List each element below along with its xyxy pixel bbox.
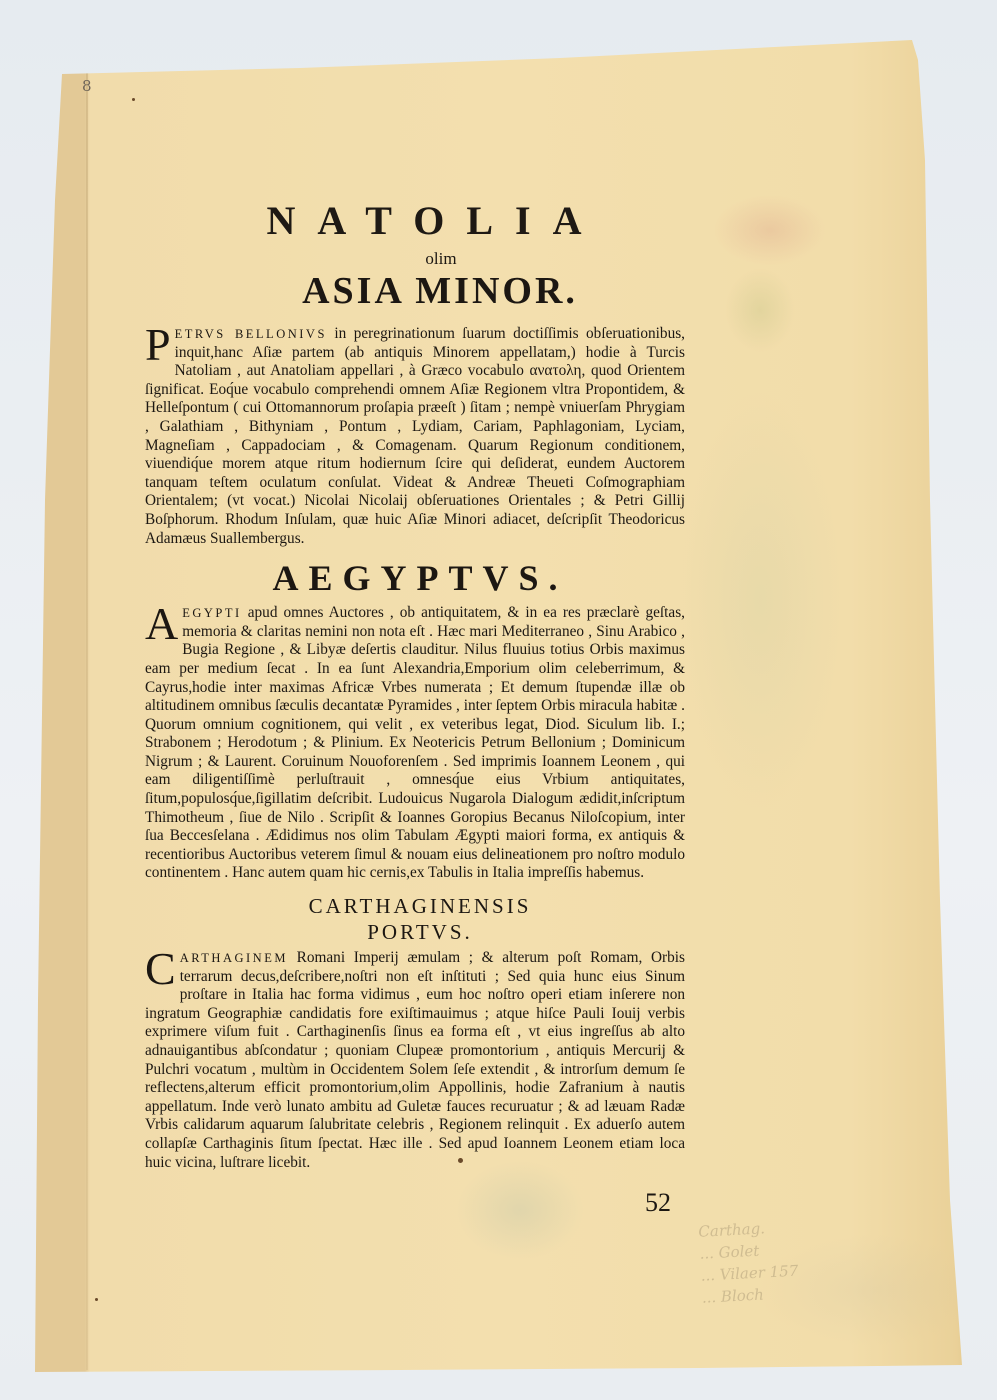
- paragraph-text: apud omnes Auctores , ob antiquitatem, &…: [145, 604, 685, 881]
- gutter-fold-line: [86, 70, 88, 1370]
- title-carthaginensis: CARTHAGINENSIS: [155, 893, 685, 919]
- paragraph-carthago: CARTHAGINEM Romani Imperij æmulam ; & al…: [145, 949, 685, 1172]
- handwritten-margin-note: 8: [82, 77, 92, 95]
- foxing-spot: [95, 1298, 98, 1301]
- paragraph-text: in peregrinationum ſuarum doctiſſimis ob…: [145, 325, 685, 547]
- paragraph-natolia: PETRVS BELLONIVS in peregrinationum ſuar…: [145, 325, 685, 548]
- title-aegyptus: AEGYPTVS.: [155, 556, 685, 600]
- page-number: 52: [645, 1188, 671, 1218]
- text-column: NATOLIA olim ASIA MINOR. PETRVS BELLONIV…: [145, 195, 685, 1172]
- lead-caps: EGYPTI: [182, 606, 241, 620]
- foxing-spot: [132, 98, 135, 101]
- foxing-spot: [458, 1158, 463, 1163]
- paragraph-aegyptus: AEGYPTI apud omnes Auctores , ob antiqui…: [145, 604, 685, 883]
- title-natolia: NATOLIA: [145, 195, 685, 247]
- dropcap-p: P: [145, 327, 171, 363]
- document-page: 8 NATOLIA olim ASIA MINOR. PETRVS BELLON…: [0, 0, 997, 1400]
- faint-bleedthrough-inscription: Carthag. ... Golet ... Vilaer 157 ... Bl…: [698, 1209, 922, 1308]
- lead-caps: ARTHAGINEM: [180, 951, 288, 965]
- title-olim: olim: [197, 249, 685, 269]
- title-portus: PORTVS.: [155, 919, 685, 945]
- lead-caps: ETRVS BELLONIVS: [175, 327, 327, 341]
- dropcap-c: C: [145, 951, 176, 987]
- title-asia-minor: ASIA MINOR.: [195, 269, 685, 313]
- dropcap-a: A: [145, 606, 178, 642]
- paragraph-text: Romani Imperij æmulam ; & alterum poſt R…: [145, 949, 685, 1171]
